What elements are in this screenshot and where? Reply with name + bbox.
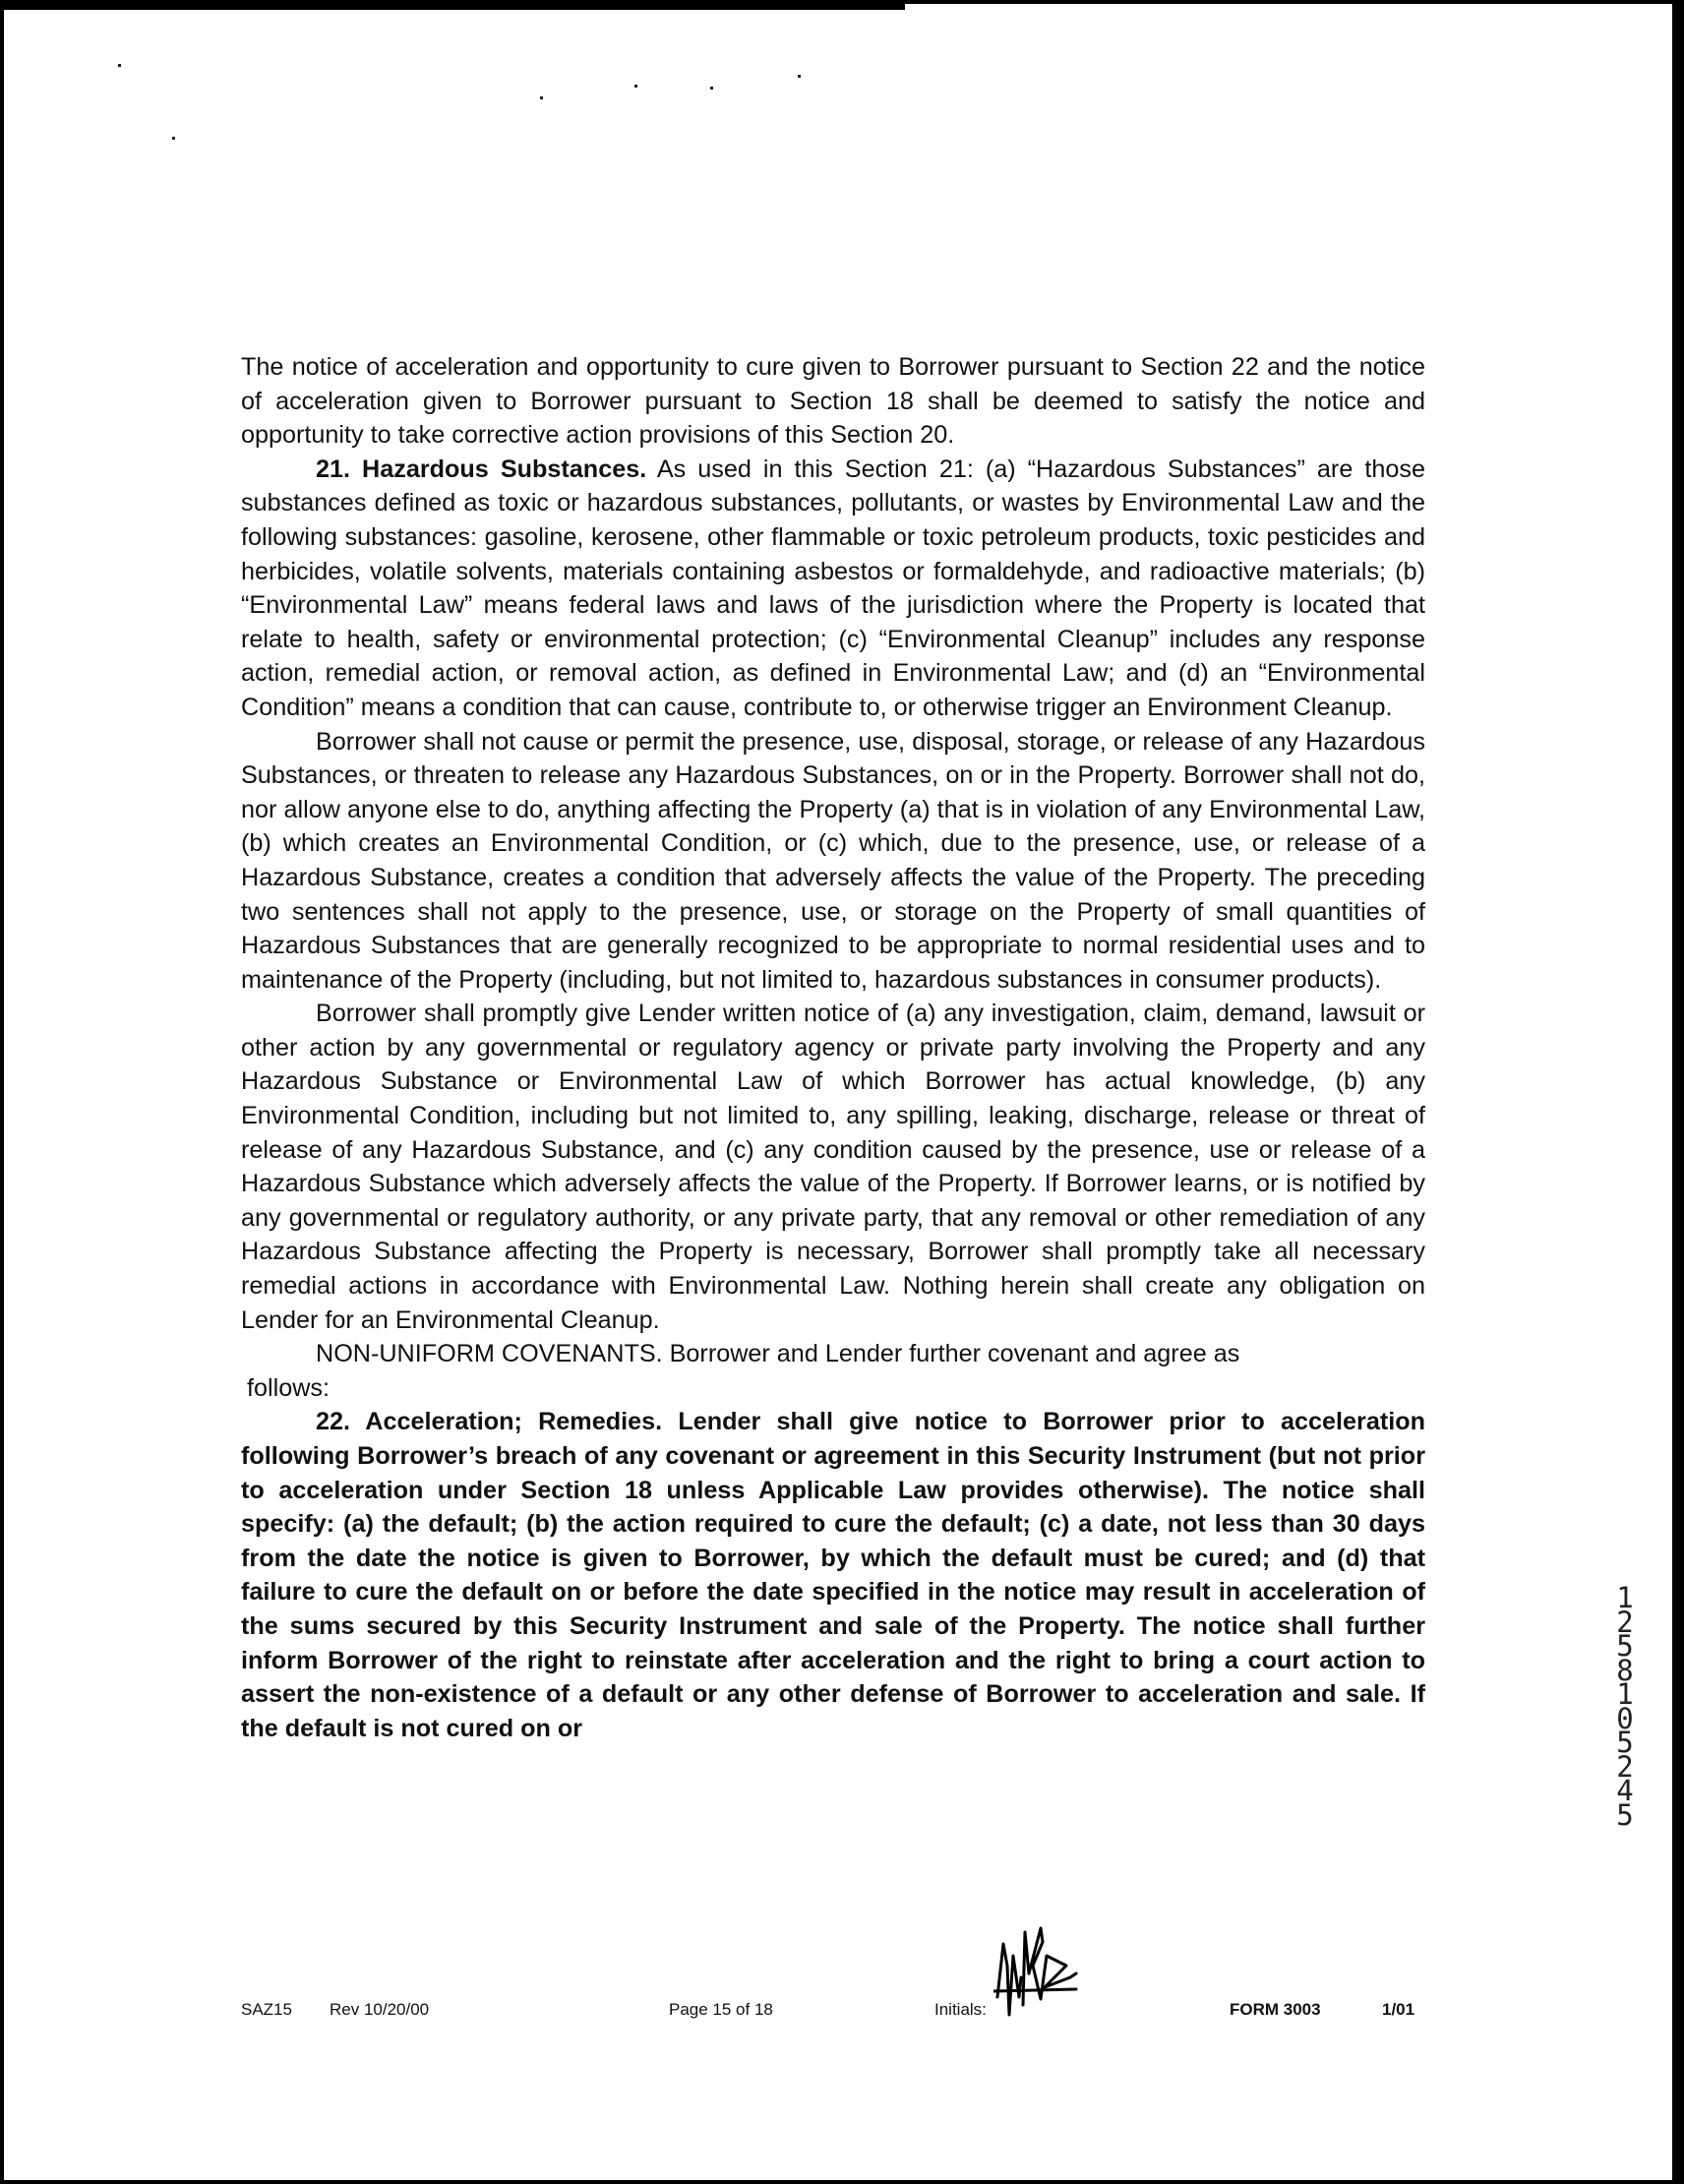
paragraph-borrower-notice: Borrower shall promptly give Lender writ… <box>241 997 1425 1337</box>
non-uniform-covenants-follows: follows: <box>241 1371 1425 1406</box>
form-date: 1/01 <box>1382 1995 1414 2025</box>
form-code: SAZ15 <box>241 1995 292 2025</box>
document-body: The notice of acceleration and opportuni… <box>241 350 1425 1745</box>
initials-label: Initials: <box>934 1995 987 2025</box>
page-footer: SAZ15 Rev 10/20/00 Page 15 of 18 Initial… <box>241 1995 1425 2025</box>
scan-border-top-left <box>0 0 905 10</box>
scan-speck <box>118 64 121 67</box>
paragraph-section-20-end: The notice of acceleration and opportuni… <box>241 350 1425 453</box>
scan-speck <box>540 96 543 99</box>
page-number: Page 15 of 18 <box>669 1995 773 2025</box>
scan-speck <box>710 87 713 90</box>
revision-date: Rev 10/20/00 <box>330 1995 429 2025</box>
section-21-text: As used in this Section 21: (a) “Hazardo… <box>241 455 1425 721</box>
non-uniform-covenants-heading: NON-UNIFORM COVENANTS. Borrower and Lend… <box>241 1337 1425 1371</box>
scan-border-right <box>1672 0 1684 2184</box>
paragraph-section-21: 21. Hazardous Substances. As used in thi… <box>241 453 1425 725</box>
handwritten-initials-icon <box>993 1926 1102 2034</box>
scan-speck <box>172 137 175 140</box>
scan-speck <box>798 75 801 78</box>
paragraph-borrower-prohibitions: Borrower shall not cause or permit the p… <box>241 725 1425 998</box>
form-number: FORM 3003 <box>1230 1995 1321 2025</box>
scan-speck <box>634 85 637 88</box>
paragraph-section-22: 22. Acceleration; Remedies. Lender shall… <box>241 1405 1425 1745</box>
scan-border-bottom <box>0 2180 1684 2184</box>
section-21-heading: 21. Hazardous Substances. <box>316 455 646 483</box>
side-stamp-number: 12581 05245 <box>1612 1586 1638 1827</box>
scan-border-left <box>0 10 4 2184</box>
